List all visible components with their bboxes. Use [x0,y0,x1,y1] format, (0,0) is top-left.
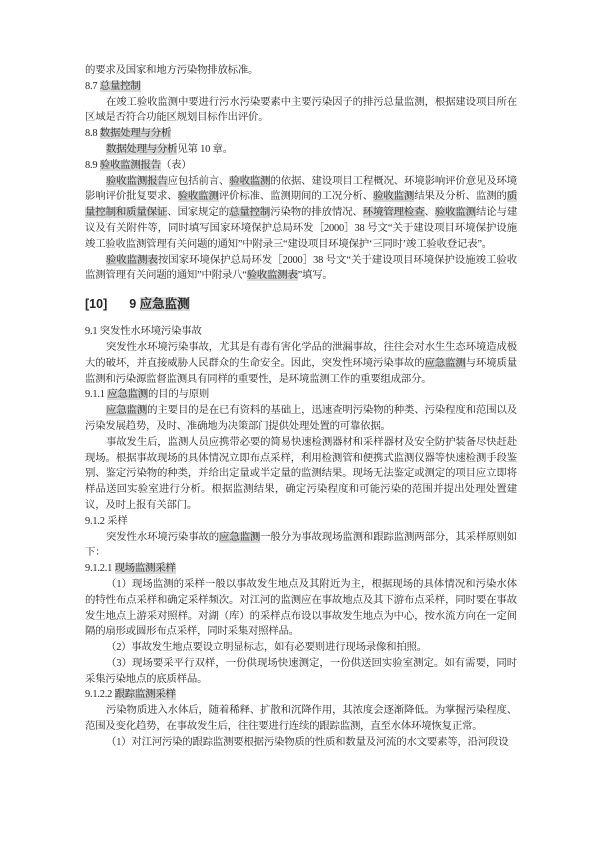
highlighted-term: 现场监测采样 [115,563,176,574]
section-heading: 9.1.1 应急监测的目的与原则 [85,387,517,403]
paragraph: 的要求及国家和地方污染物排放标准。 [85,63,517,79]
text-segment: 9.1.2.1 [85,563,115,574]
text-segment: 见第 10 章。 [177,144,233,155]
text-segment: 9.1.2 采样 [85,516,128,527]
paragraph: （1）现场监测的采样一般以事故发生地点及其附近为主，根据现场的具体情况和污染水体… [85,577,517,640]
highlighted-term: 验收监测表 [247,270,298,281]
paragraph: （2）事故发生地点要设立明显标志，如有必要则进行现场录像和拍照。 [85,640,517,656]
paragraph: （1）对江河污染的跟踪监测要根据污染物质的性质和数量及河流的水文要素等，沿河段设 [85,735,517,751]
text-segment: 污染物质进入水体后，随着稀释、扩散和沉降作用，其浓度会逐渐降低。为掌握污染程度、… [85,705,517,732]
text-segment: 9.1.1 [85,389,107,400]
section-heading: 8.8 数据处理与分析 [85,126,517,142]
highlighted-term: 验收监测表 [106,255,158,266]
section-heading: 9.1 突发性水环境污染事故 [85,324,517,340]
text-segment: 应包括前言、 [168,176,230,187]
highlighted-term: 验收监测报告 [100,160,161,171]
paragraph: 事故发生后，监测人员应携带必要的简易快速检测器材和采样器材及安全防护装备尽快赶赴… [85,435,517,514]
highlighted-term: 应急监测 [140,297,190,311]
highlighted-term: 应急监测 [425,358,466,369]
highlighted-term: 验收监测报告 [106,176,168,187]
highlighted-term: 应急监测 [219,532,260,543]
paragraph: 验收监测报告应包括前言、验收监测的依据、建设项目工程概况、环境影响评价意见及环境… [85,174,517,253]
text-segment: （表） [161,160,192,171]
text-segment: [10] [85,297,107,311]
text-segment: （3）现场要采平行双样，一份供现场快速测定，一份供送回实验室测定。如有需要，同时… [85,658,517,685]
highlighted-term: 验收监测 [178,191,219,202]
paragraph: 验收监测表按国家环境保护总局环发［2000］38 号文“关于建设项目环境保护设施… [85,253,517,285]
text-segment: 8.9 [85,160,100,171]
text-segment: （2）事故发生地点要设立明显标志，如有必要则进行现场录像和拍照。 [106,642,427,653]
text-segment: 评价标准、监测期间的工况分析、 [219,191,373,202]
document-page: 的要求及国家和地方污染物排放标准。8.7 总量控制在竣工验收监测中要进行污水污染… [0,0,600,848]
highlighted-term: 应急监测 [107,389,148,400]
section-heading: 8.7 总量控制 [85,79,517,95]
highlighted-term: 数据处理与分析 [100,128,171,139]
chapter-heading: [10]9 应急监测 [85,296,517,312]
highlighted-term: 环境管理检查 [363,207,425,218]
text-segment: 事故发生后，监测人员应携带必要的简易快速检测器材和采样器材及安全防护装备尽快赶赴… [85,437,517,511]
highlighted-term: 验收监测 [373,191,414,202]
highlighted-term: 应急监测 [106,405,147,416]
paragraph: 突发性水环境污染事故，尤其是有毒有害化学品的泄漏事故，往往会对水生生态环境造成极… [85,340,517,387]
text-segment: （1）对江河污染的跟踪监测要根据污染物质的性质和数量及河流的水文要素等，沿河段设 [106,737,508,748]
paragraph: 在竣工验收监测中要进行污水污染要素中主要污染因子的排污总量监测，根据建设项目所在… [85,95,517,127]
highlighted-term: 验收监测 [229,176,270,187]
text-segment: 在竣工验收监测中要进行污水污染要素中主要污染因子的排污总量监测，根据建设项目所在… [85,97,517,124]
text-segment: 9 [129,297,139,311]
text-segment: 9.1.2.2 [85,689,115,700]
paragraph: 突发性水环境污染事故的应急监测一般分为事故现场监测和跟踪监测两部分，其采样原则如… [85,530,517,562]
text-segment: 的主要目的是在已有资料的基础上，迅速查明污染物的种类、污染程度和范围以及污染发展… [85,405,517,432]
text-segment: 9.1 突发性水环境污染事故 [85,326,202,337]
text-segment: 、 [425,207,435,218]
highlighted-term: 总量控制 [100,81,141,92]
section-heading: 9.1.2.1 现场监测采样 [85,561,517,577]
text-segment: 8.8 [85,128,100,139]
highlighted-term: 总量控制 [229,207,270,218]
highlighted-term: 数据处理与分析 [106,144,177,155]
text-segment: 的目的与原则 [148,389,209,400]
text-segment: 的要求及国家和地方污染物排放标准。 [85,65,258,76]
text-segment: 结果及分析、监测的 [414,191,507,202]
paragraph: 数据处理与分析见第 10 章。 [85,142,517,158]
text-segment: 、国家规定的 [167,207,229,218]
highlighted-term: 跟踪监测采样 [115,689,176,700]
paragraph: 应急监测的主要目的是在已有资料的基础上，迅速查明污染物的种类、污染程度和范围以及… [85,403,517,435]
paragraph: （3）现场要采平行双样，一份供现场快速测定，一份供送回实验室测定。如有需要，同时… [85,656,517,688]
paragraph: 污染物质进入水体后，随着稀释、扩散和沉降作用，其浓度会逐渐降低。为掌握污染程度、… [85,703,517,735]
text-segment: ”填写。 [298,270,333,281]
section-heading: 8.9 验收监测报告（表） [85,158,517,174]
section-heading: 9.1.2 采样 [85,514,517,530]
section-heading: 9.1.2.2 跟踪监测采样 [85,687,517,703]
highlighted-term: 验收监测 [435,207,476,218]
text-segment: 污染物的排放情况、 [270,207,363,218]
text-segment: （1）现场监测的采样一般以事故发生地点及其附近为主，根据现场的具体情况和污染水体… [85,579,517,637]
text-segment: 8.7 [85,81,100,92]
text-segment: 突发性水环境污染事故的 [106,532,219,543]
